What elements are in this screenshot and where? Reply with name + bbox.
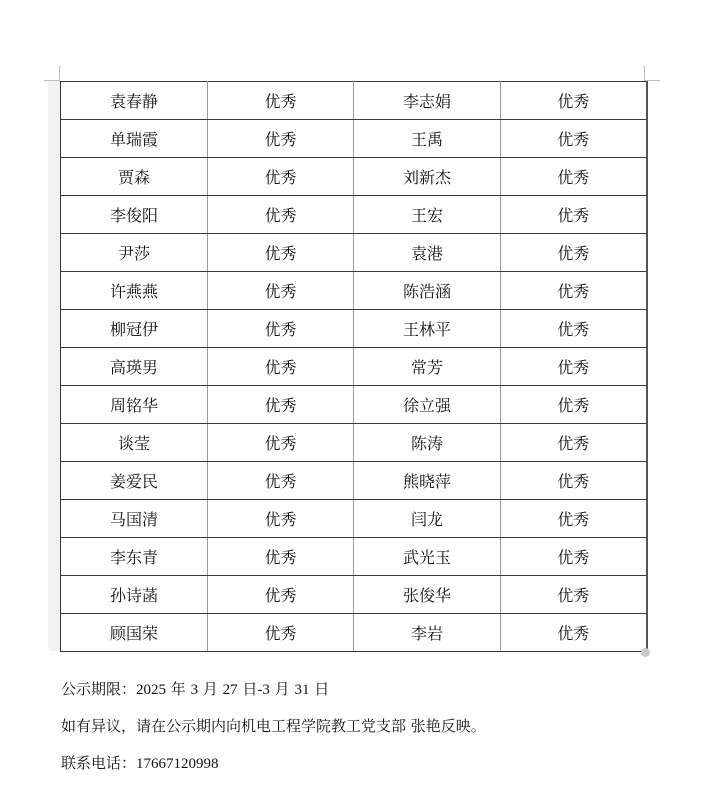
period-year: 2025 xyxy=(136,682,166,698)
grade-cell[interactable]: 优秀 xyxy=(501,158,647,196)
name-cell[interactable]: 高瑛男 xyxy=(61,348,208,386)
name-cell[interactable]: 李志娟 xyxy=(354,82,501,120)
table-resize-handle[interactable] xyxy=(641,648,650,657)
table-row: 单瑞霞 优秀 王禹 优秀 xyxy=(61,120,647,158)
period-end-day: 31 xyxy=(294,682,309,698)
name-cell[interactable]: 尹莎 xyxy=(61,234,208,272)
grade-cell[interactable]: 优秀 xyxy=(501,348,647,386)
period-start-day: 27 xyxy=(223,682,238,698)
table-row: 马国清 优秀 闫龙 优秀 xyxy=(61,500,647,538)
grade-cell[interactable]: 优秀 xyxy=(208,538,354,576)
grade-cell[interactable]: 优秀 xyxy=(208,196,354,234)
grade-cell[interactable]: 优秀 xyxy=(501,462,647,500)
grade-cell[interactable]: 优秀 xyxy=(208,424,354,462)
grade-cell[interactable]: 优秀 xyxy=(501,538,647,576)
document-page: 袁春静 优秀 李志娟 优秀 单瑞霞 优秀 王禹 优秀 贾森 优秀 刘新杰 优秀 xyxy=(0,0,704,787)
name-cell[interactable]: 陈浩涵 xyxy=(354,272,501,310)
name-cell[interactable]: 单瑞霞 xyxy=(61,120,208,158)
name-cell[interactable]: 刘新杰 xyxy=(354,158,501,196)
grade-cell[interactable]: 优秀 xyxy=(208,500,354,538)
grade-cell[interactable]: 优秀 xyxy=(208,576,354,614)
table-row: 姜爱民 优秀 熊晓萍 优秀 xyxy=(61,462,647,500)
grade-cell[interactable]: 优秀 xyxy=(208,348,354,386)
table-row: 尹莎 优秀 袁港 优秀 xyxy=(61,234,647,272)
name-cell[interactable]: 熊晓萍 xyxy=(354,462,501,500)
grade-cell[interactable]: 优秀 xyxy=(208,82,354,120)
period-start-month: 3 xyxy=(191,682,199,698)
name-cell[interactable]: 王宏 xyxy=(354,196,501,234)
name-cell[interactable]: 袁春静 xyxy=(61,82,208,120)
name-cell[interactable]: 徐立强 xyxy=(354,386,501,424)
grade-cell[interactable]: 优秀 xyxy=(501,82,647,120)
table-row: 谈莹 优秀 陈涛 优秀 xyxy=(61,424,647,462)
notice-notes: 公示期限：2025 年 3 月 27 日-3 月 31 日 如有异议，请在公示期… xyxy=(61,678,486,787)
grade-cell[interactable]: 优秀 xyxy=(208,120,354,158)
grade-cell[interactable]: 优秀 xyxy=(208,310,354,348)
table-row: 李东青 优秀 武光玉 优秀 xyxy=(61,538,647,576)
period-day-unit: 日 xyxy=(309,680,329,698)
table-row: 柳冠伊 优秀 王林平 优秀 xyxy=(61,310,647,348)
grade-cell[interactable]: 优秀 xyxy=(501,310,647,348)
contact-phone: 17667120998 xyxy=(136,756,219,772)
name-cell[interactable]: 王禹 xyxy=(354,120,501,158)
grade-cell[interactable]: 优秀 xyxy=(501,272,647,310)
contact-line: 联系电话：17667120998 xyxy=(61,752,486,787)
name-cell[interactable]: 周铭华 xyxy=(61,386,208,424)
evaluation-results-table-container: 袁春静 优秀 李志娟 优秀 单瑞霞 优秀 王禹 优秀 贾森 优秀 刘新杰 优秀 xyxy=(60,81,646,652)
grade-cell[interactable]: 优秀 xyxy=(501,196,647,234)
name-cell[interactable]: 陈涛 xyxy=(354,424,501,462)
grade-cell[interactable]: 优秀 xyxy=(208,272,354,310)
period-year-unit: 年 xyxy=(166,680,191,698)
table-row: 袁春静 优秀 李志娟 优秀 xyxy=(61,82,647,120)
period-month-unit: 月 xyxy=(198,680,223,698)
evaluation-results-table: 袁春静 优秀 李志娟 优秀 单瑞霞 优秀 王禹 优秀 贾森 优秀 刘新杰 优秀 xyxy=(60,81,648,652)
grade-cell[interactable]: 优秀 xyxy=(208,386,354,424)
grade-cell[interactable]: 优秀 xyxy=(501,234,647,272)
period-end-month: -3 xyxy=(257,682,270,698)
table-row: 贾森 优秀 刘新杰 优秀 xyxy=(61,158,647,196)
crop-mark-top-left-vertical xyxy=(59,66,60,81)
grade-cell[interactable]: 优秀 xyxy=(501,120,647,158)
name-cell[interactable]: 袁港 xyxy=(354,234,501,272)
name-cell[interactable]: 柳冠伊 xyxy=(61,310,208,348)
name-cell[interactable]: 李岩 xyxy=(354,614,501,652)
name-cell[interactable]: 王林平 xyxy=(354,310,501,348)
publicity-period-label: 公示期限： xyxy=(61,680,136,698)
name-cell[interactable]: 马国清 xyxy=(61,500,208,538)
name-cell[interactable]: 闫龙 xyxy=(354,500,501,538)
name-cell[interactable]: 武光玉 xyxy=(354,538,501,576)
crop-mark-top-right-vertical xyxy=(644,66,645,81)
contact-label: 联系电话： xyxy=(61,754,136,772)
grade-cell[interactable]: 优秀 xyxy=(501,424,647,462)
grade-cell[interactable]: 优秀 xyxy=(501,614,647,652)
name-cell[interactable]: 孙诗菡 xyxy=(61,576,208,614)
name-cell[interactable]: 顾国荣 xyxy=(61,614,208,652)
grade-cell[interactable]: 优秀 xyxy=(501,386,647,424)
grade-cell[interactable]: 优秀 xyxy=(501,500,647,538)
period-month-unit: 月 xyxy=(270,680,295,698)
name-cell[interactable]: 贾森 xyxy=(61,158,208,196)
publicity-period-line: 公示期限：2025 年 3 月 27 日-3 月 31 日 xyxy=(61,678,486,715)
grade-cell[interactable]: 优秀 xyxy=(501,576,647,614)
table-row-selector-gutter[interactable] xyxy=(48,81,60,651)
name-cell[interactable]: 李俊阳 xyxy=(61,196,208,234)
name-cell[interactable]: 谈莹 xyxy=(61,424,208,462)
objection-line: 如有异议，请在公示期内向机电工程学院教工党支部 张艳反映。 xyxy=(61,715,486,752)
table-row: 顾国荣 优秀 李岩 优秀 xyxy=(61,614,647,652)
grade-cell[interactable]: 优秀 xyxy=(208,234,354,272)
table-row: 许燕燕 优秀 陈浩涵 优秀 xyxy=(61,272,647,310)
name-cell[interactable]: 李东青 xyxy=(61,538,208,576)
table-row: 孙诗菡 优秀 张俊华 优秀 xyxy=(61,576,647,614)
table-row: 李俊阳 优秀 王宏 优秀 xyxy=(61,196,647,234)
period-day-unit: 日 xyxy=(238,680,258,698)
grade-cell[interactable]: 优秀 xyxy=(208,158,354,196)
name-cell[interactable]: 姜爱民 xyxy=(61,462,208,500)
name-cell[interactable]: 许燕燕 xyxy=(61,272,208,310)
table-row: 周铭华 优秀 徐立强 优秀 xyxy=(61,386,647,424)
name-cell[interactable]: 张俊华 xyxy=(354,576,501,614)
grade-cell[interactable]: 优秀 xyxy=(208,614,354,652)
grade-cell[interactable]: 优秀 xyxy=(208,462,354,500)
table-row: 高瑛男 优秀 常芳 优秀 xyxy=(61,348,647,386)
name-cell[interactable]: 常芳 xyxy=(354,348,501,386)
table-body: 袁春静 优秀 李志娟 优秀 单瑞霞 优秀 王禹 优秀 贾森 优秀 刘新杰 优秀 xyxy=(61,82,647,652)
